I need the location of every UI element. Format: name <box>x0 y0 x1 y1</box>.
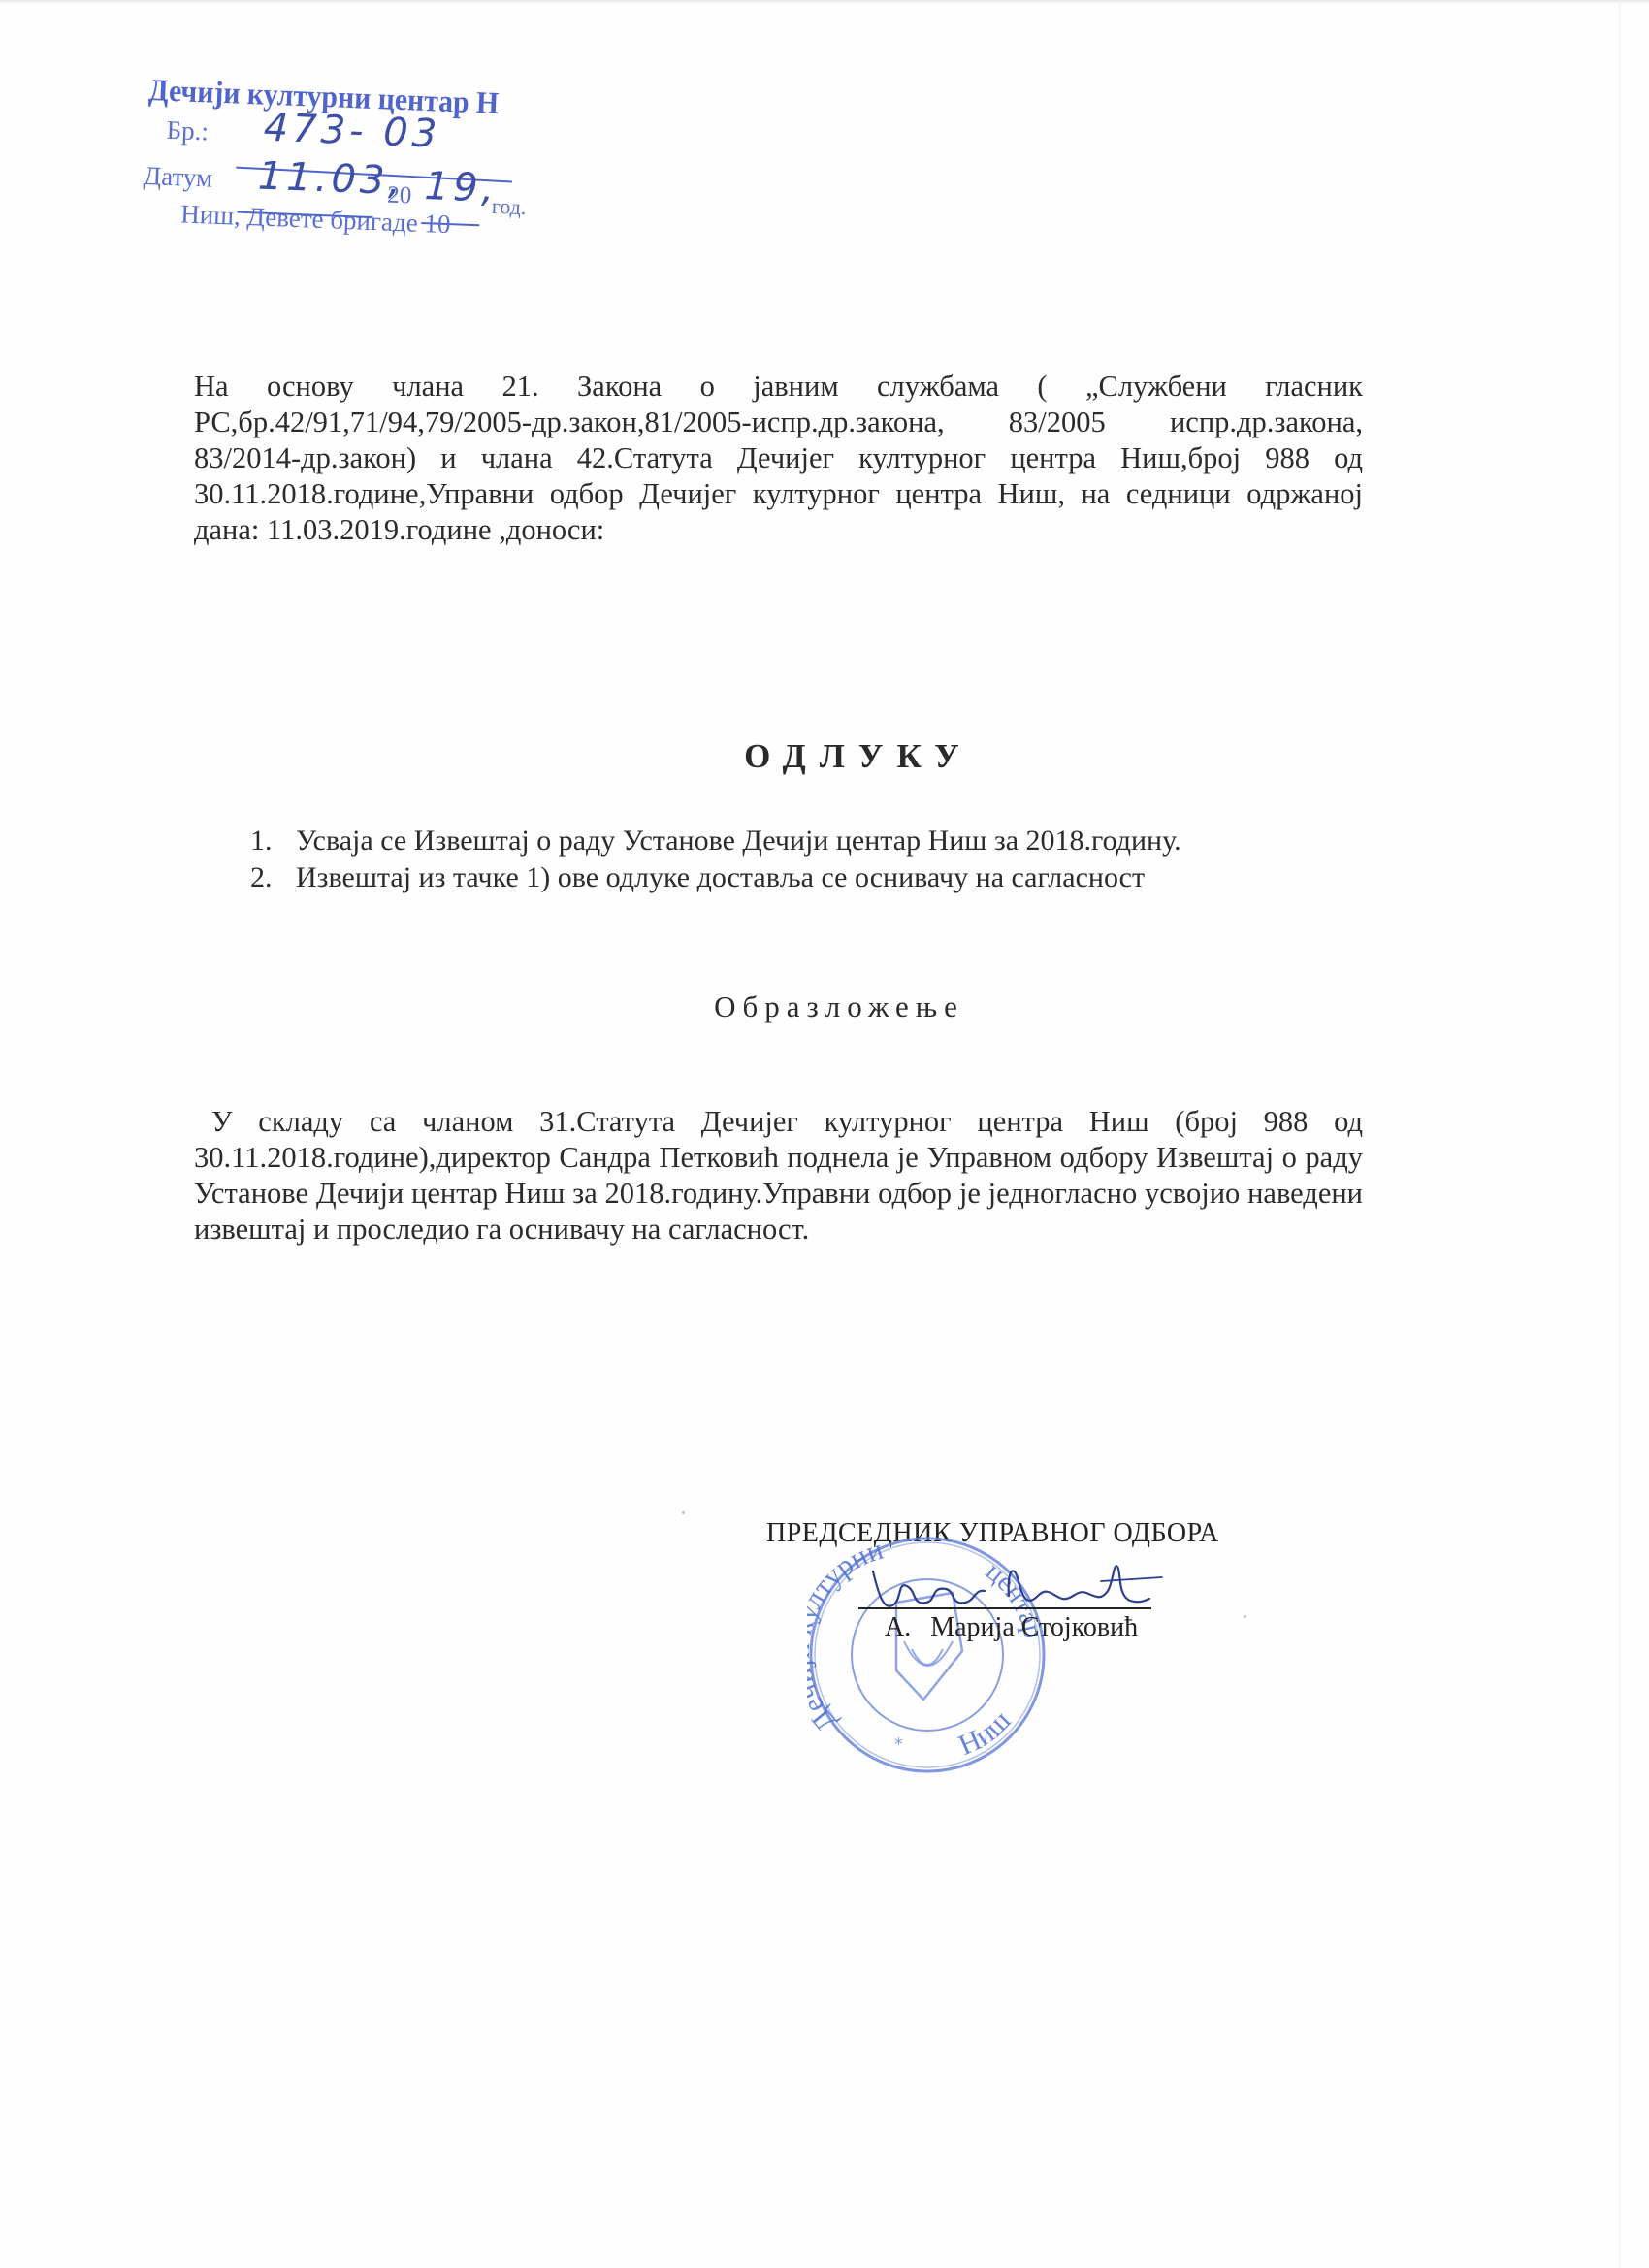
scan-speck <box>682 1511 685 1514</box>
stamp-date-value: 11.03, <box>257 153 405 204</box>
seal-text-bottom: Ниш <box>954 1704 1017 1762</box>
stamp-number-value: 473- 03 <box>263 106 441 157</box>
preamble-paragraph: На основу члана 21. Закона о јавним служ… <box>194 369 1363 548</box>
decision-heading: ОДЛУКУ <box>0 737 1649 776</box>
signatory-name-text: Марија Стојковић <box>930 1612 1138 1642</box>
decision-item: 1. Усваја се Извештај о раду Установе Де… <box>250 823 1181 859</box>
decision-item-text: Усваја се Извештај о раду Установе Дечиј… <box>296 823 1181 859</box>
scan-speck <box>1244 1615 1246 1618</box>
decision-item-number: 1. <box>250 823 296 859</box>
stamp-date-row: Датум <box>143 161 213 194</box>
stamp-date-label: Датум <box>143 161 212 193</box>
stamp-number-row: Бр.: <box>166 115 209 147</box>
svg-text:Ниш: Ниш <box>954 1704 1017 1762</box>
explanation-paragraph: У складу са чланом 31.Статута Дечијег ку… <box>194 1104 1363 1247</box>
document-page: Дечији културни центар Н Бр.: 473- 03 Да… <box>0 0 1649 2268</box>
decision-item-text: Извештај из тачке 1) ове одлуке доставља… <box>296 859 1145 896</box>
decision-item-number: 2. <box>250 859 296 896</box>
stamp-number-label: Бр.: <box>166 115 209 146</box>
scan-edge <box>0 0 1649 4</box>
registry-stamp: Дечији културни центар Н Бр.: 473- 03 Да… <box>141 72 535 261</box>
scan-edge <box>1619 0 1620 2268</box>
signatory-prefix: А. <box>885 1612 911 1642</box>
svg-text:*: * <box>894 1734 903 1755</box>
stamp-year-word: год. <box>491 194 527 220</box>
decision-item: 2. Извештај из тачке 1) ове одлуке доста… <box>250 859 1181 896</box>
stamp-century-label: 20 <box>387 182 412 211</box>
decision-list: 1. Усваја се Извештај о раду Установе Де… <box>250 823 1181 896</box>
signature-line <box>858 1607 1151 1609</box>
signatory-name: А.Марија Стојковић <box>885 1612 1138 1643</box>
stamp-year-value: 19, <box>424 164 499 211</box>
explanation-heading: Образложење <box>0 989 1649 1024</box>
